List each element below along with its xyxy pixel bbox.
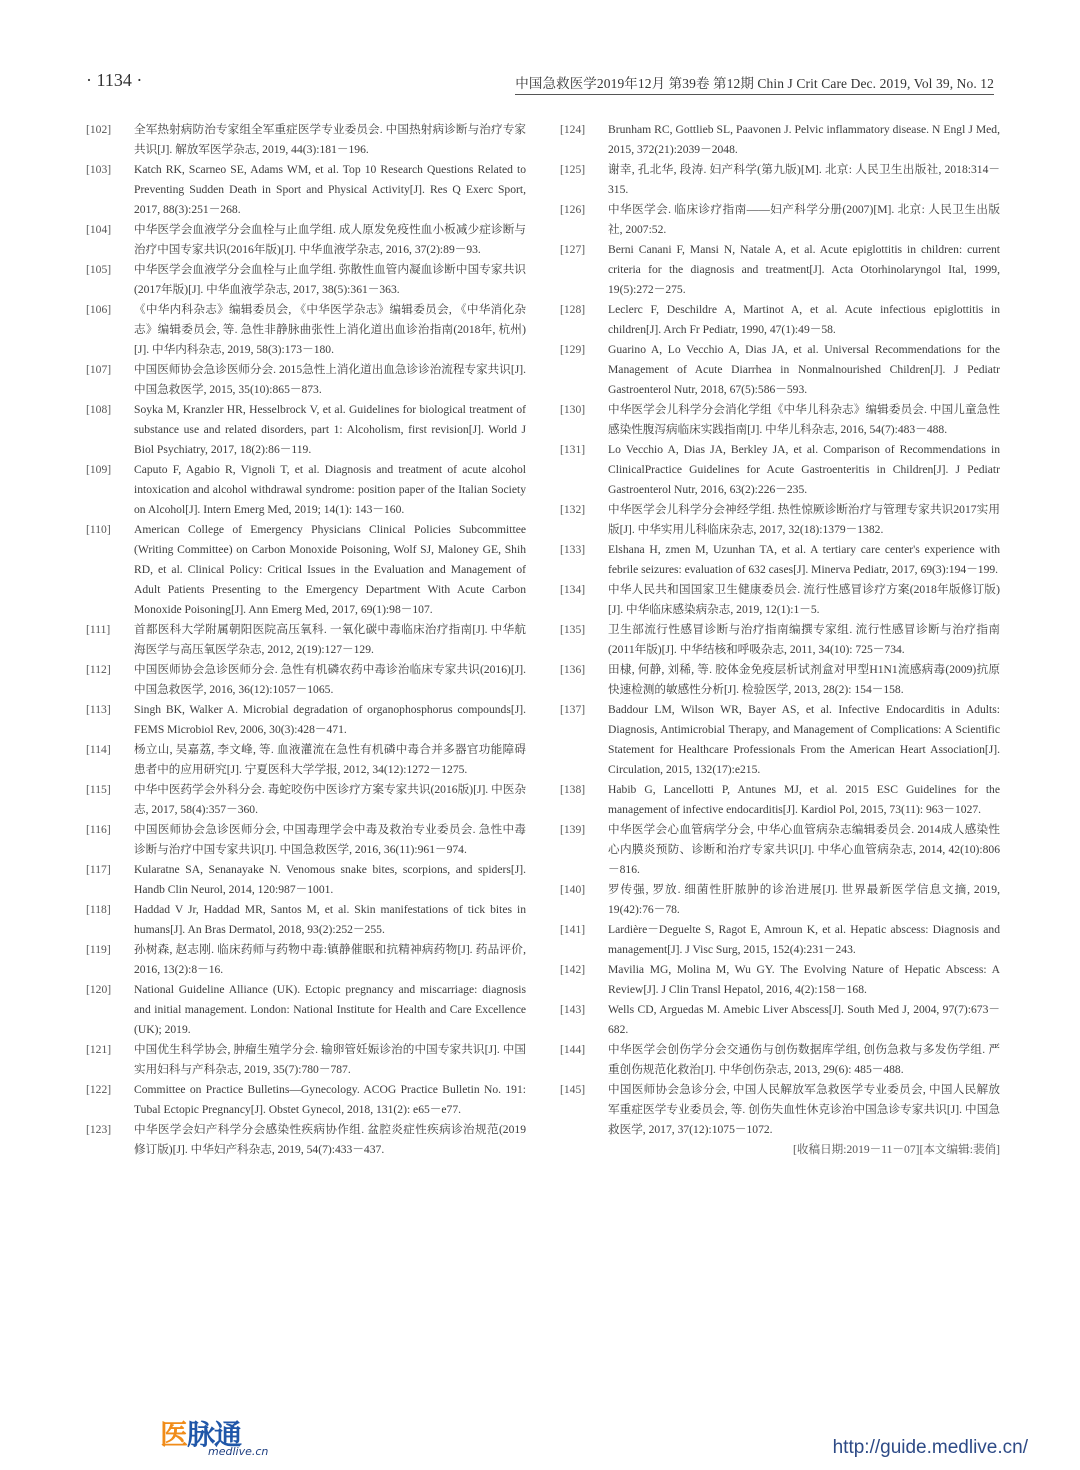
running-head: 中国急救医学2019年12月 第39卷 第12期 Chin J Crit Car… bbox=[515, 72, 994, 95]
reference-number: [116] bbox=[86, 820, 134, 860]
reference-text: Lardière－Deguelte S, Ragot E, Amroun K, … bbox=[608, 920, 1000, 960]
reference-number: [134] bbox=[560, 580, 608, 620]
reference-text: American College of Emergency Physicians… bbox=[134, 520, 526, 620]
reference-text: 中国医师协会急诊医师分会. 急性有机磷农药中毒诊治临床专家共识(2016)[J]… bbox=[134, 660, 526, 700]
reference-item: [133]Elshana H, zmen M, Uzunhan TA, et a… bbox=[560, 540, 1000, 580]
reference-number: [122] bbox=[86, 1080, 134, 1120]
reference-text: 首都医科大学附属朝阳医院高压氧科. 一氧化碳中毒临床治疗指南[J]. 中华航海医… bbox=[134, 620, 526, 660]
reference-number: [113] bbox=[86, 700, 134, 740]
reference-item: [114]杨立山, 吴嘉荔, 李文峰, 等. 血液灌流在急性有机磷中毒合并多器官… bbox=[86, 740, 526, 780]
reference-number: [125] bbox=[560, 160, 608, 200]
reference-text: Caputo F, Agabio R, Vignoli T, et al. Di… bbox=[134, 460, 526, 520]
reference-item: [140]罗传强, 罗放. 细菌性肝脓肿的诊治进展[J]. 世界最新医学信息文摘… bbox=[560, 880, 1000, 920]
reference-number: [145] bbox=[560, 1080, 608, 1140]
reference-text: 《中华内科杂志》编辑委员会, 《中华医学杂志》编辑委员会, 《中华消化杂志》编辑… bbox=[134, 300, 526, 360]
reference-item: [103]Katch RK, Scarneo SE, Adams WM, et … bbox=[86, 160, 526, 220]
reference-item: [116]中国医师协会急诊医师分会, 中国毒理学会中毒及救治专业委员会. 急性中… bbox=[86, 820, 526, 860]
reference-item: [136]田棣, 何静, 刘稀, 等. 胶体金免疫层析试剂盒对甲型H1N1流感病… bbox=[560, 660, 1000, 700]
reference-column-right: [124]Brunham RC, Gottlieb SL, Paavonen J… bbox=[560, 120, 1000, 1160]
reference-item: [104]中华医学会血液学分会血栓与止血学组. 成人原发免疫性血小板减少症诊断与… bbox=[86, 220, 526, 260]
reference-text: 中华人民共和国国家卫生健康委员会. 流行性感冒诊疗方案(2018年版修订版)[J… bbox=[608, 580, 1000, 620]
reference-item: [120]National Guideline Alliance (UK). E… bbox=[86, 980, 526, 1040]
reference-text: 全军热射病防治专家组全军重症医学专业委员会. 中国热射病诊断与治疗专家共识[J]… bbox=[134, 120, 526, 160]
reference-number: [115] bbox=[86, 780, 134, 820]
reference-number: [138] bbox=[560, 780, 608, 820]
reference-number: [102] bbox=[86, 120, 134, 160]
reference-number: [124] bbox=[560, 120, 608, 160]
reference-text: Haddad V Jr, Haddad MR, Santos M, et al.… bbox=[134, 900, 526, 940]
reference-item: [122]Committee on Practice Bulletins—Gyn… bbox=[86, 1080, 526, 1120]
reference-text: 中华医学会儿科学分会神经学组. 热性惊厥诊断治疗与管理专家共识2017实用版[J… bbox=[608, 500, 1000, 540]
reference-item: [127]Berni Canani F, Mansi N, Natale A, … bbox=[560, 240, 1000, 300]
reference-text: National Guideline Alliance (UK). Ectopi… bbox=[134, 980, 526, 1040]
reference-number: [144] bbox=[560, 1040, 608, 1080]
reference-number: [131] bbox=[560, 440, 608, 500]
reference-number: [119] bbox=[86, 940, 134, 980]
reference-number: [103] bbox=[86, 160, 134, 220]
reference-item: [129]Guarino A, Lo Vecchio A, Dias JA, e… bbox=[560, 340, 1000, 400]
reference-number: [139] bbox=[560, 820, 608, 880]
reference-text: 中华医学会创伤学分会交通伤与创伤数据库学组, 创伤急救与多发伤学组. 严重创伤规… bbox=[608, 1040, 1000, 1080]
reference-number: [140] bbox=[560, 880, 608, 920]
logo-accent-char: 医 bbox=[160, 1418, 187, 1451]
reference-item: [126]中华医学会. 临床诊疗指南——妇产科学分册(2007)[M]. 北京:… bbox=[560, 200, 1000, 240]
reference-item: [121]中国优生科学协会, 肿瘤生殖学分会. 输卵管妊娠诊治的中国专家共识[J… bbox=[86, 1040, 526, 1080]
reference-item: [109]Caputo F, Agabio R, Vignoli T, et a… bbox=[86, 460, 526, 520]
reference-item: [107]中国医师协会急诊医师分会. 2015急性上消化道出血急诊诊治流程专家共… bbox=[86, 360, 526, 400]
reference-item: [128]Leclerc F, Deschildre A, Martinot A… bbox=[560, 300, 1000, 340]
reference-number: [142] bbox=[560, 960, 608, 1000]
reference-text: 罗传强, 罗放. 细菌性肝脓肿的诊治进展[J]. 世界最新医学信息文摘, 201… bbox=[608, 880, 1000, 920]
reference-number: [132] bbox=[560, 500, 608, 540]
reference-number: [110] bbox=[86, 520, 134, 620]
reference-number: [126] bbox=[560, 200, 608, 240]
reference-number: [108] bbox=[86, 400, 134, 460]
reference-item: [102]全军热射病防治专家组全军重症医学专业委员会. 中国热射病诊断与治疗专家… bbox=[86, 120, 526, 160]
reference-text: Berni Canani F, Mansi N, Natale A, et al… bbox=[608, 240, 1000, 300]
reference-item: [115]中华中医药学会外科分会. 毒蛇咬伤中医诊疗方案专家共识(2016版)[… bbox=[86, 780, 526, 820]
reference-text: 杨立山, 吴嘉荔, 李文峰, 等. 血液灌流在急性有机磷中毒合并多器官功能障碍患… bbox=[134, 740, 526, 780]
reference-number: [104] bbox=[86, 220, 134, 260]
reference-item: [106]《中华内科杂志》编辑委员会, 《中华医学杂志》编辑委员会, 《中华消化… bbox=[86, 300, 526, 360]
reference-item: [143]Wells CD, Arguedas M. Amebic Liver … bbox=[560, 1000, 1000, 1040]
reference-text: Guarino A, Lo Vecchio A, Dias JA, et al.… bbox=[608, 340, 1000, 400]
reference-text: Leclerc F, Deschildre A, Martinot A, et … bbox=[608, 300, 1000, 340]
reference-text: Brunham RC, Gottlieb SL, Paavonen J. Pel… bbox=[608, 120, 1000, 160]
reference-item: [130]中华医学会儿科学分会消化学组《中华儿科杂志》编辑委员会. 中国儿童急性… bbox=[560, 400, 1000, 440]
reference-number: [137] bbox=[560, 700, 608, 780]
reference-item: [119]孙树森, 赵志刚. 临床药师与药物中毒:镇静催眠和抗精神病药物[J].… bbox=[86, 940, 526, 980]
reference-number: [133] bbox=[560, 540, 608, 580]
reference-number: [118] bbox=[86, 900, 134, 940]
reference-item: [132]中华医学会儿科学分会神经学组. 热性惊厥诊断治疗与管理专家共识2017… bbox=[560, 500, 1000, 540]
reference-item: [135]卫生部流行性感冒诊断与治疗指南编撰专家组. 流行性感冒诊断与治疗指南(… bbox=[560, 620, 1000, 660]
medlive-logo: 医脉通 medlive.cn bbox=[160, 1413, 270, 1459]
reference-number: [121] bbox=[86, 1040, 134, 1080]
page-number: · 1134 · bbox=[86, 70, 142, 91]
reference-item: [141]Lardière－Deguelte S, Ragot E, Amrou… bbox=[560, 920, 1000, 960]
logo-subtext: medlive.cn bbox=[208, 1445, 268, 1458]
reference-text: 孙树森, 赵志刚. 临床药师与药物中毒:镇静催眠和抗精神病药物[J]. 药品评价… bbox=[134, 940, 526, 980]
reference-text: 中华医学会妇产科学分会感染性疾病协作组. 盆腔炎症性疾病诊治规范(2019修订版… bbox=[134, 1120, 526, 1160]
reference-text: 中华医学会. 临床诊疗指南——妇产科学分册(2007)[M]. 北京: 人民卫生… bbox=[608, 200, 1000, 240]
reference-text: 中华医学会血液学分会血栓与止血学组. 成人原发免疫性血小板减少症诊断与治疗中国专… bbox=[134, 220, 526, 260]
reference-item: [110]American College of Emergency Physi… bbox=[86, 520, 526, 620]
footer-url-link[interactable]: http://guide.medlive.cn/ bbox=[833, 1437, 1028, 1459]
reference-text: 谢幸, 孔北华, 段涛. 妇产科学(第九版)[M]. 北京: 人民卫生出版社, … bbox=[608, 160, 1000, 200]
reference-number: [105] bbox=[86, 260, 134, 300]
reference-text: Wells CD, Arguedas M. Amebic Liver Absce… bbox=[608, 1000, 1000, 1040]
reference-text: 卫生部流行性感冒诊断与治疗指南编撰专家组. 流行性感冒诊断与治疗指南(2011年… bbox=[608, 620, 1000, 660]
reference-text: Katch RK, Scarneo SE, Adams WM, et al. T… bbox=[134, 160, 526, 220]
reference-number: [123] bbox=[86, 1120, 134, 1160]
reference-item: [138]Habib G, Lancellotti P, Antunes MJ,… bbox=[560, 780, 1000, 820]
reference-number: [135] bbox=[560, 620, 608, 660]
reference-item: [142]Mavilia MG, Molina M, Wu GY. The Ev… bbox=[560, 960, 1000, 1000]
reference-text: 中国医师协会急诊医师分会, 中国毒理学会中毒及救治专业委员会. 急性中毒诊断与治… bbox=[134, 820, 526, 860]
reference-item: [112]中国医师协会急诊医师分会. 急性有机磷农药中毒诊治临床专家共识(201… bbox=[86, 660, 526, 700]
reference-column-left: [102]全军热射病防治专家组全军重症医学专业委员会. 中国热射病诊断与治疗专家… bbox=[86, 120, 526, 1160]
reference-number: [120] bbox=[86, 980, 134, 1040]
reference-number: [129] bbox=[560, 340, 608, 400]
reference-text: Singh BK, Walker A. Microbial degradatio… bbox=[134, 700, 526, 740]
reference-number: [128] bbox=[560, 300, 608, 340]
page-header: · 1134 · 中国急救医学2019年12月 第39卷 第12期 Chin J… bbox=[86, 70, 994, 96]
reference-number: [111] bbox=[86, 620, 134, 660]
reference-item: [145]中国医师协会急诊分会, 中国人民解放军急救医学专业委员会, 中国人民解… bbox=[560, 1080, 1000, 1140]
reference-number: [136] bbox=[560, 660, 608, 700]
reference-number: [106] bbox=[86, 300, 134, 360]
reference-number: [109] bbox=[86, 460, 134, 520]
reference-item: [125]谢幸, 孔北华, 段涛. 妇产科学(第九版)[M]. 北京: 人民卫生… bbox=[560, 160, 1000, 200]
reference-text: Soyka M, Kranzler HR, Hesselbrock V, et … bbox=[134, 400, 526, 460]
reference-text: 中华医学会心血管病学分会, 中华心血管病杂志编辑委员会. 2014成人感染性心内… bbox=[608, 820, 1000, 880]
reference-text: 田棣, 何静, 刘稀, 等. 胶体金免疫层析试剂盒对甲型H1N1流感病毒(200… bbox=[608, 660, 1000, 700]
reference-text: Baddour LM, Wilson WR, Bayer AS, et al. … bbox=[608, 700, 1000, 780]
reference-item: [139]中华医学会心血管病学分会, 中华心血管病杂志编辑委员会. 2014成人… bbox=[560, 820, 1000, 880]
reference-item: [124]Brunham RC, Gottlieb SL, Paavonen J… bbox=[560, 120, 1000, 160]
received-date-note: [收稿日期:2019－11－07][本文编辑:裴俏] bbox=[560, 1140, 1000, 1160]
reference-item: [144]中华医学会创伤学分会交通伤与创伤数据库学组, 创伤急救与多发伤学组. … bbox=[560, 1040, 1000, 1080]
reference-number: [127] bbox=[560, 240, 608, 300]
reference-item: [118]Haddad V Jr, Haddad MR, Santos M, e… bbox=[86, 900, 526, 940]
reference-item: [113]Singh BK, Walker A. Microbial degra… bbox=[86, 700, 526, 740]
reference-number: [107] bbox=[86, 360, 134, 400]
reference-text: Habib G, Lancellotti P, Antunes MJ, et a… bbox=[608, 780, 1000, 820]
reference-text: Kularatne SA, Senanayake N. Venomous sna… bbox=[134, 860, 526, 900]
reference-item: [117]Kularatne SA, Senanayake N. Venomou… bbox=[86, 860, 526, 900]
reference-number: [117] bbox=[86, 860, 134, 900]
reference-number: [141] bbox=[560, 920, 608, 960]
reference-number: [112] bbox=[86, 660, 134, 700]
reference-item: [134]中华人民共和国国家卫生健康委员会. 流行性感冒诊疗方案(2018年版修… bbox=[560, 580, 1000, 620]
reference-text: 中国优生科学协会, 肿瘤生殖学分会. 输卵管妊娠诊治的中国专家共识[J]. 中国… bbox=[134, 1040, 526, 1080]
reference-text: 中国医师协会急诊分会, 中国人民解放军急救医学专业委员会, 中国人民解放军重症医… bbox=[608, 1080, 1000, 1140]
reference-text: 中华中医药学会外科分会. 毒蛇咬伤中医诊疗方案专家共识(2016版)[J]. 中… bbox=[134, 780, 526, 820]
reference-item: [123]中华医学会妇产科学分会感染性疾病协作组. 盆腔炎症性疾病诊治规范(20… bbox=[86, 1120, 526, 1160]
reference-number: [114] bbox=[86, 740, 134, 780]
reference-item: [108]Soyka M, Kranzler HR, Hesselbrock V… bbox=[86, 400, 526, 460]
reference-text: 中国医师协会急诊医师分会. 2015急性上消化道出血急诊诊治流程专家共识[J].… bbox=[134, 360, 526, 400]
reference-item: [131]Lo Vecchio A, Dias JA, Berkley JA, … bbox=[560, 440, 1000, 500]
reference-text: Lo Vecchio A, Dias JA, Berkley JA, et al… bbox=[608, 440, 1000, 500]
reference-text: Mavilia MG, Molina M, Wu GY. The Evolvin… bbox=[608, 960, 1000, 1000]
reference-text: Committee on Practice Bulletins—Gynecolo… bbox=[134, 1080, 526, 1120]
reference-item: [111]首都医科大学附属朝阳医院高压氧科. 一氧化碳中毒临床治疗指南[J]. … bbox=[86, 620, 526, 660]
reference-item: [105]中华医学会血液学分会血栓与止血学组. 弥散性血管内凝血诊断中国专家共识… bbox=[86, 260, 526, 300]
reference-text: Elshana H, zmen M, Uzunhan TA, et al. A … bbox=[608, 540, 1000, 580]
reference-number: [143] bbox=[560, 1000, 608, 1040]
reference-text: 中华医学会儿科学分会消化学组《中华儿科杂志》编辑委员会. 中国儿童急性感染性腹泻… bbox=[608, 400, 1000, 440]
reference-number: [130] bbox=[560, 400, 608, 440]
reference-text: 中华医学会血液学分会血栓与止血学组. 弥散性血管内凝血诊断中国专家共识(2017… bbox=[134, 260, 526, 300]
reference-item: [137]Baddour LM, Wilson WR, Bayer AS, et… bbox=[560, 700, 1000, 780]
